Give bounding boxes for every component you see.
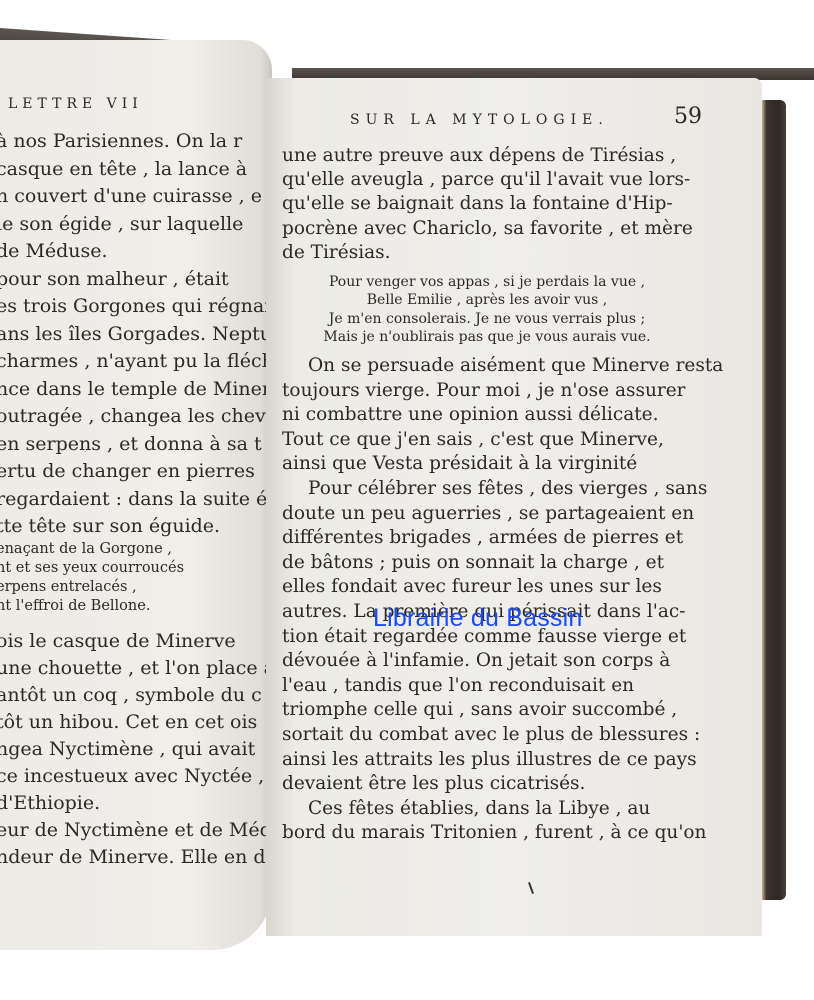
right-page: SUR LA MYTOLOGIE. 59 une autre preuve au… (266, 78, 762, 936)
text-line: bord du marais Tritonien , furent , à ce… (282, 821, 723, 846)
right-page-verse: Pour venger vos appas , si je perdais la… (292, 273, 682, 347)
text-line: ertu de changer en pierres (0, 458, 272, 486)
page-number: 59 (674, 104, 702, 129)
text-line: n couvert d'une cuirasse , e (0, 183, 272, 211)
right-running-head: SUR LA MYTOLOGIE. (350, 112, 609, 128)
verse-line: erpens entrelacés , (0, 578, 184, 597)
verse-line: nt l'effroi de Bellone. (0, 597, 184, 616)
text-line: triomphe celle qui , sans avoir succombé… (282, 698, 723, 723)
text-line: toujours vierge. Pour moi , je n'ose ass… (282, 379, 723, 404)
text-line: eur de Nyctimène et de Méd (0, 817, 272, 844)
text-line: regardaient : dans la suite é (0, 486, 272, 514)
text-line: de bâtons ; puis on sonnait la charge , … (282, 551, 723, 576)
text-line: ans les îles Gorgades. Neptun (0, 321, 272, 349)
text-line: sortait du combat avec le plus de blessu… (282, 723, 723, 748)
text-line: ni combattre une opinion aussi délicate. (282, 403, 723, 428)
text-line: pocrène avec Chariclo, sa favorite , et … (282, 217, 693, 241)
text-line: elles fondait avec fureur les unes sur l… (282, 575, 723, 600)
left-page: LETTRE VII à nos Parisiennes. On la r ca… (0, 40, 272, 950)
text-line: Pour célébrer ses fêtes , des vierges , … (282, 477, 723, 502)
text-line: antôt un coq , symbole du c (0, 682, 272, 709)
verse-line: nt et ses yeux courroucés (0, 559, 184, 578)
left-running-head: LETTRE VII (8, 96, 143, 112)
text-line: tte tête sur son éguide. (0, 513, 272, 541)
text-line: es trois Gorgones qui régnai (0, 293, 272, 321)
text-line: devaient être les plus cicatrisés. (282, 772, 723, 797)
right-page-text: une autre preuve aux dépens de Tirésias … (282, 144, 693, 265)
text-line: le son égide , sur laquelle (0, 211, 272, 239)
text-line: dévouée à l'infamie. On jetait son corps… (282, 649, 723, 674)
text-line: ndeur de Minerve. Elle en dom (0, 844, 272, 871)
text-line: pour son malheur , était (0, 266, 272, 294)
text-line: outragée , changea les cheve (0, 403, 272, 431)
text-line: ainsi les attraits les plus illustres de… (282, 748, 723, 773)
book-cover-spine-edge (762, 100, 786, 900)
verse-line: enaçant de la Gorgone , (0, 540, 184, 559)
text-line: en serpens , et donna à sa t (0, 431, 272, 459)
text-line: ois le casque de Minerve (0, 628, 272, 655)
text-line: ainsi que Vesta présidait à la virginité (282, 452, 723, 477)
text-line: qu'elle se baignait dans la fontaine d'H… (282, 192, 693, 216)
watermark: Librairie du Bassin (373, 604, 582, 633)
text-line: à nos Parisiennes. On la r (0, 128, 272, 156)
text-line: ce incestueux avec Nyctée , (0, 763, 272, 790)
verse-line: Mais je n'oublirais pas que je vous aura… (292, 328, 682, 346)
text-line: casque en tête , la lance à (0, 156, 272, 184)
text-line: charmes , n'ayant pu la fléch (0, 348, 272, 376)
text-line: nce dans le temple de Miner (0, 376, 272, 404)
text-line: tôt un hibou. Cet en cet ois (0, 709, 272, 736)
verse-line: Je m'en consolerais. Je ne vous verrais … (292, 310, 682, 328)
left-page-text-2: ois le casque de Minerve une chouette , … (0, 628, 272, 871)
text-line: une chouette , et l'on place a (0, 655, 272, 682)
left-page-text: à nos Parisiennes. On la r casque en têt… (0, 128, 272, 541)
text-line: de Méduse. (0, 238, 272, 266)
verse-line: Belle Emilie , après les avoir vus , (292, 291, 682, 309)
text-line: On se persuade aisément que Minerve rest… (282, 354, 723, 379)
text-line: ngea Nyctimène , qui avait (0, 736, 272, 763)
left-page-verse: enaçant de la Gorgone , nt et ses yeux c… (0, 540, 184, 616)
text-line: d'Ethiopie. (0, 790, 272, 817)
text-line: différentes brigades , armées de pierres… (282, 526, 723, 551)
text-line: l'eau , tandis que l'on reconduisait en (282, 674, 723, 699)
verse-line: Pour venger vos appas , si je perdais la… (292, 273, 682, 291)
text-line: Tout ce que j'en sais , c'est que Minerv… (282, 428, 723, 453)
text-line: Ces fêtes établies, dans la Libye , au (282, 797, 723, 822)
text-line: doute un peu aguerries , se partageaient… (282, 502, 723, 527)
text-line: une autre preuve aux dépens de Tirésias … (282, 144, 693, 168)
text-line: qu'elle aveugla , parce qu'il l'avait vu… (282, 168, 693, 192)
text-line: de Tirésias. (282, 241, 693, 265)
right-page-text-2: On se persuade aisément que Minerve rest… (282, 354, 723, 846)
